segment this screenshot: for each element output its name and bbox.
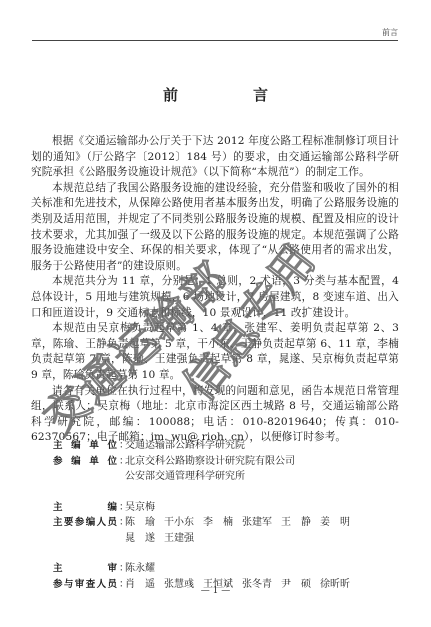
person-name: 李 楠 xyxy=(203,515,233,531)
paragraph-chapters: 本规范共分为 11 章，分别是：1 总则，2 术语，3 分类与基本配置，4 总体… xyxy=(31,274,399,321)
credit-value: 吴京梅 xyxy=(125,500,155,516)
credit-main-participants: 主要参编人员 ： 陈 瑜 干小东 李 楠 张建军 王 静 姜 明 晁 遂 王建强 xyxy=(53,515,393,546)
credit-chief-reviewer: 主审 ： 陈永耀 xyxy=(53,561,393,577)
credit-label: 主编单位 xyxy=(53,438,119,454)
person-name: 陈 瑜 xyxy=(125,515,155,531)
person-name: 干小东 xyxy=(164,515,194,531)
credits-block: 主编单位 ： 交通运输部公路科学研究院 参编单位 ： 北京交科公路勘察设计研究院… xyxy=(53,438,393,592)
credit-participating-units: 参编单位 ： 北京交科公路勘察设计研究院有限公司 公安部交通管理科学研究所 xyxy=(53,454,393,485)
paragraph-contact: 请各有关单位在执行过程中，将发现的问题和意见，函告本规范日常管理组，联系人：吴京… xyxy=(31,384,399,446)
credit-chief-unit: 主编单位 ： 交通运输部公路科学研究院 xyxy=(53,438,393,454)
paragraph-summary: 本规范总结了我国公路服务设施的建设经验，充分借鉴和吸收了国外的相关标准和先进技术… xyxy=(31,181,399,275)
credit-value: 北京交科公路勘察设计研究院有限公司 xyxy=(125,454,384,470)
person-name: 晁 遂 xyxy=(125,531,155,547)
page-title: 前 言 xyxy=(0,84,431,105)
paragraph-drafters: 本规范由吴京梅负责起草第 1、4 章，张建军、姜明负责起草第 2、3 章，陈瑜、… xyxy=(31,321,399,383)
credit-label: 主编 xyxy=(53,500,119,516)
running-header-title: 前言 xyxy=(382,28,398,38)
paragraph-mandate: 根据《交通运输部办公厅关于下达 2012 年度公路工程标准制修订项目计划的通知》… xyxy=(31,134,399,181)
person-name: 王建强 xyxy=(164,531,194,547)
credit-label: 主要参编人员 xyxy=(53,515,119,546)
credit-value: 陈永耀 xyxy=(125,561,155,577)
credit-value: 交通运输部公路科学研究院 xyxy=(125,438,384,454)
preface-body: 根据《交通运输部办公厅关于下达 2012 年度公路工程标准制修订项目计划的通知》… xyxy=(31,134,399,446)
page-number: — 1 — xyxy=(0,586,431,596)
person-name: 姜 明 xyxy=(320,515,350,531)
credit-label: 参编单位 xyxy=(53,454,119,485)
credit-value: 公安部交通管理科学研究所 xyxy=(125,469,384,485)
person-name: 张建军 xyxy=(242,515,272,531)
running-header: 前言 xyxy=(32,28,398,41)
credit-label: 主审 xyxy=(53,561,119,577)
credit-chief-editor: 主编 ： 吴京梅 xyxy=(53,500,393,516)
person-name: 王 静 xyxy=(281,515,311,531)
